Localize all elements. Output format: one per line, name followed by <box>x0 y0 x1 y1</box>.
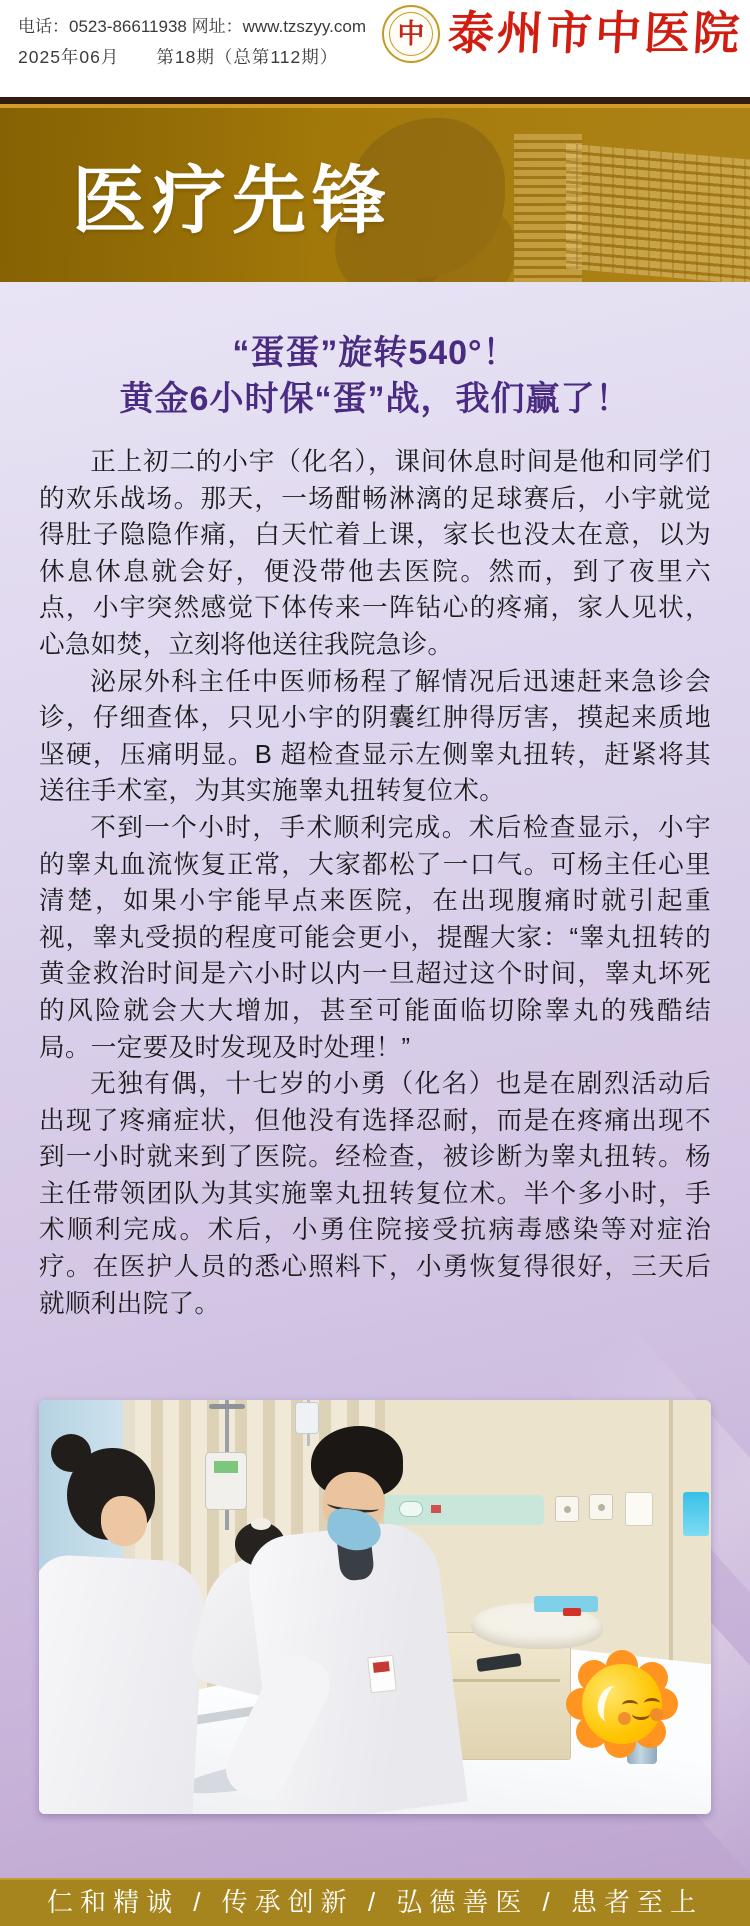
nurse-left-figure <box>39 1554 206 1814</box>
wall-cloud-icon <box>399 1501 423 1517</box>
article-title-line2: 黄金6小时保“蛋”战，我们赢了！ <box>0 376 750 422</box>
nurse-left-bun <box>51 1434 91 1472</box>
masthead: 电话：0523-86611938 网址：www.tzszyy.com 2025年… <box>0 0 750 97</box>
article-section: “蛋蛋”旋转540°！ 黄金6小时保“蛋”战，我们赢了！ 正上初二的小宇（化名）… <box>0 282 750 1878</box>
nurse-left-face <box>101 1496 147 1546</box>
article-title: “蛋蛋”旋转540°！ 黄金6小时保“蛋”战，我们赢了！ <box>0 282 750 422</box>
wall-red-label <box>431 1505 441 1513</box>
article-paragraph: 泌尿外科主任中医师杨程了解情况后迅速赶来急诊会诊，仔细查体，只见小宇的阴囊红肿得… <box>39 664 711 810</box>
article-body: 正上初二的小宇（化名），课间休息时间是他和同学们的欢乐战场。那天，一场酣畅淋漓的… <box>39 444 711 1322</box>
sun-face <box>582 1664 662 1744</box>
power-socket <box>555 1496 579 1522</box>
sun-smile <box>632 1708 650 1720</box>
wall-display <box>683 1492 709 1536</box>
sun-cheek <box>650 1708 663 1721</box>
ward-photo <box>39 1400 711 1814</box>
article-paragraph: 不到一个小时，手术顺利完成。术后检查显示，小宇的睾丸血流恢复正常，大家都松了一口… <box>39 810 711 1066</box>
sun-eye <box>644 1698 660 1708</box>
footer-motto: 仁和精诚 / 传承创新 / 弘德善医 / 患者至上 <box>47 1887 703 1917</box>
hospital-emblem-inner-ring: 中 <box>389 12 433 56</box>
iv-bag <box>295 1402 319 1434</box>
power-socket <box>589 1494 613 1520</box>
contact-info: 电话：0523-86611938 网址：www.tzszyy.com <box>18 12 366 37</box>
divider-dark-stripe <box>0 97 750 104</box>
footer-motto-bar: 仁和精诚 / 传承创新 / 弘德善医 / 患者至上 <box>0 1878 750 1926</box>
newsletter-page: 电话：0523-86611938 网址：www.tzszyy.com 2025年… <box>0 0 750 1926</box>
red-item <box>563 1608 581 1616</box>
article-paragraph: 无独有偶，十七岁的小勇（化名）也是在剧烈活动后出现了疼痛症状，但他没有选择忍耐，… <box>39 1066 711 1322</box>
article-title-line1: “蛋蛋”旋转540°！ <box>232 334 517 372</box>
issue-info: 2025年06月 第18期（总第112期） <box>18 44 338 69</box>
sun-sticker-icon <box>574 1656 670 1752</box>
section-title: 医疗先锋 <box>72 142 392 248</box>
article-paragraph: 正上初二的小宇（化名），课间休息时间是他和同学们的欢乐战场。那天，一场酣畅淋漓的… <box>39 444 711 664</box>
sun-cheek <box>618 1712 631 1725</box>
nurse-back-hairband <box>251 1518 271 1530</box>
hospital-emblem-icon: 中 <box>382 5 440 63</box>
section-banner: 医疗先锋 <box>0 108 750 282</box>
iv-hook <box>209 1404 245 1409</box>
infusion-pump <box>205 1452 247 1510</box>
hospital-name: 泰州市中医院 <box>446 5 743 63</box>
doctor-badge <box>367 1655 397 1694</box>
light-switch <box>625 1492 653 1526</box>
hospital-logo: 中 泰州市中医院 <box>382 5 742 63</box>
emblem-character: 中 <box>398 21 425 48</box>
